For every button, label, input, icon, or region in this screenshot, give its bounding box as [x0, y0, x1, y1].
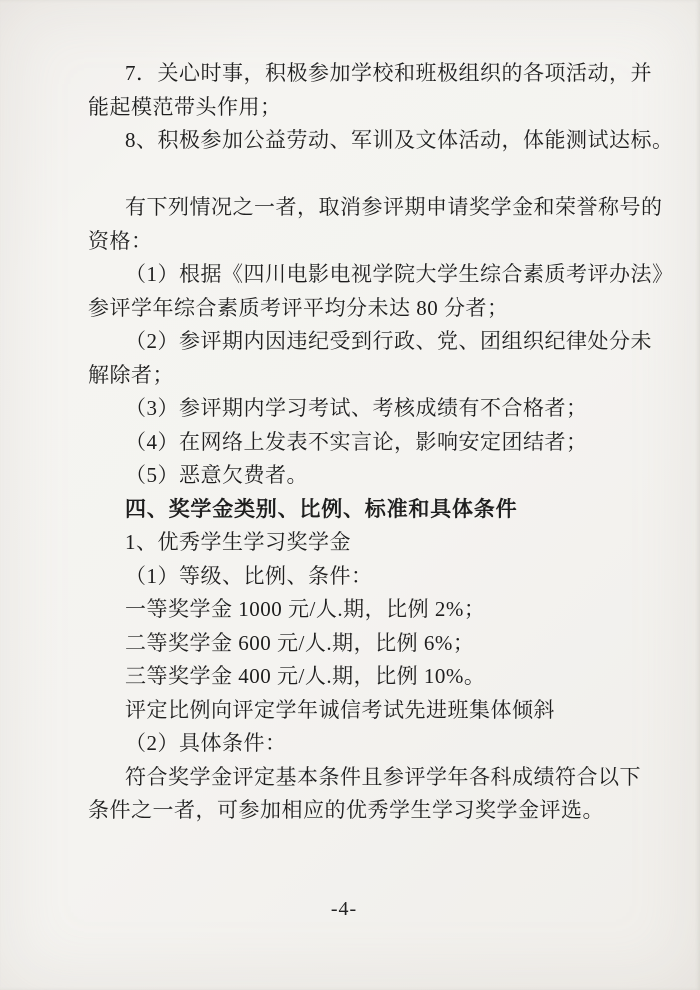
text-line: （1）根据《四川电影电视学院大学生综合素质考评办法》 [88, 258, 644, 292]
text-line: 评定比例向评定学年诚信考试先进班集体倾斜 [88, 694, 644, 728]
text-line: （4）在网络上发表不实言论，影响安定团结者； [88, 426, 644, 460]
text-line: （3）参评期内学习考试、考核成绩有不合格者； [88, 392, 644, 426]
text-line: 8、积极参加公益劳动、军训及文体活动，体能测试达标。 [88, 124, 644, 158]
text-line: （5）恶意欠费者。 [88, 459, 644, 493]
text-line: （2）参评期内因违纪受到行政、党、团组织纪律处分未 [88, 325, 644, 359]
text-line: 1、优秀学生学习奖学金 [88, 526, 644, 560]
text-line: 资格： [88, 225, 644, 259]
text-line: 参评学年综合素质考评平均分未达 80 分者； [88, 292, 644, 326]
text-line: 三等奖学金 400 元/人.期，比例 10%。 [88, 660, 644, 694]
page-number: -4- [0, 898, 688, 921]
document-lines: 7．关心时事，积极参加学校和班极组织的各项活动，并能起模范带头作用；8、积极参加… [88, 57, 644, 828]
text-line: 四、奖学金类别、比例、标准和具体条件 [88, 493, 644, 527]
blank-line [88, 158, 644, 192]
text-line: 能起模范带头作用； [88, 91, 644, 125]
text-line: （2）具体条件： [88, 727, 644, 761]
text-line: （1）等级、比例、条件： [88, 560, 644, 594]
text-line: 符合奖学金评定基本条件且参评学年各科成绩符合以下 [88, 761, 644, 795]
text-line: 7．关心时事，积极参加学校和班极组织的各项活动，并 [88, 57, 644, 91]
text-line: 有下列情况之一者，取消参评期申请奖学金和荣誉称号的 [88, 191, 644, 225]
text-line: 条件之一者，可参加相应的优秀学生学习奖学金评选。 [88, 794, 644, 828]
text-line: 一等奖学金 1000 元/人.期，比例 2%； [88, 593, 644, 627]
text-line: 二等奖学金 600 元/人.期，比例 6%； [88, 627, 644, 661]
scanned-page: 7．关心时事，积极参加学校和班极组织的各项活动，并能起模范带头作用；8、积极参加… [0, 0, 700, 990]
text-line: 解除者； [88, 359, 644, 393]
